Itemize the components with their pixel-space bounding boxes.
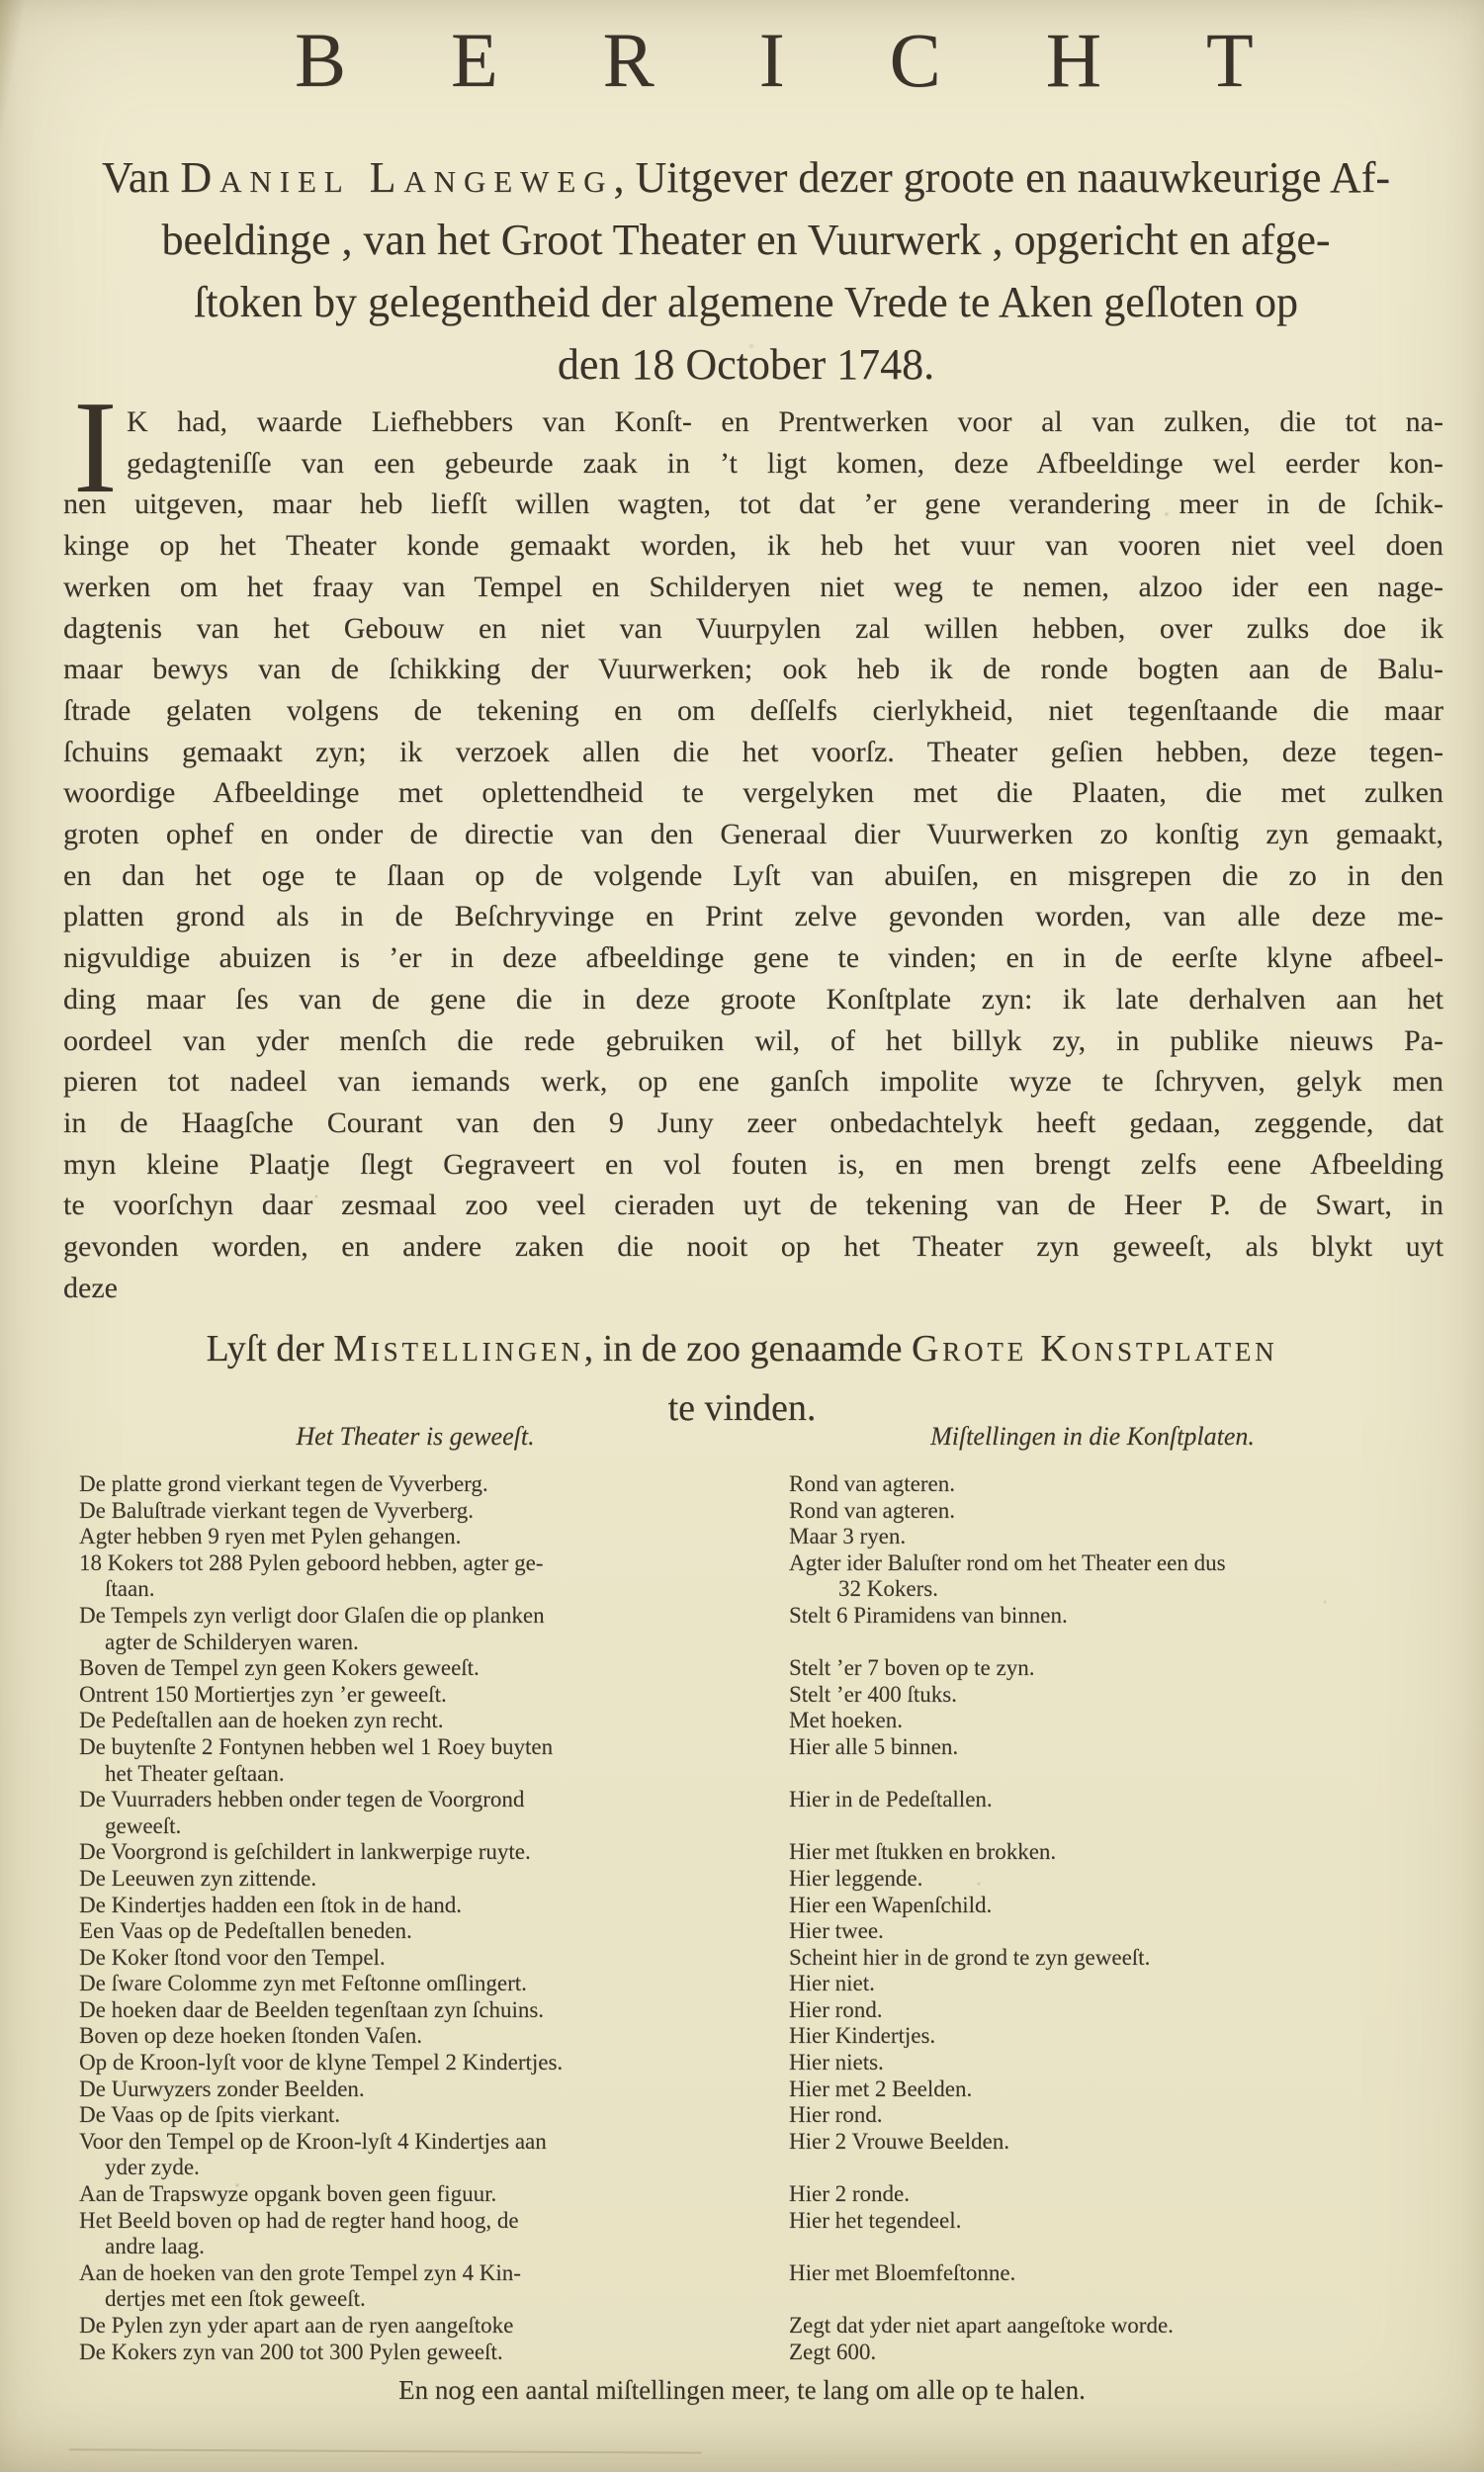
left-cell: De Vuurraders hebben onder tegen de Voor… (79, 1787, 789, 1839)
table-row: De Kindertjes hadden een ſtok in de hand… (79, 1893, 1430, 1919)
left-cell: De ſware Colomme zyn met Feſtonne omſlin… (79, 1971, 789, 1997)
table-row: De buytenſte 2 Fontynen hebben wel 1 Roe… (79, 1734, 1430, 1787)
table-row: Op de Kroon-lyſt voor de klyne Tempel 2 … (79, 2050, 1430, 2076)
list-title-text: Lyſt der (207, 1328, 334, 1369)
left-cell: De hoeken daar de Beelden tegenſtaan zyn… (79, 1997, 789, 2024)
paragraph-line: gevonden worden, en andere zaken die noo… (63, 1226, 1443, 1268)
right-cell: Hier alle 5 binnen. (789, 1734, 1430, 1761)
list-title-line: Lyſt der Mistellingen, in de zoo genaamd… (0, 1319, 1484, 1378)
paragraph-line: nen uitgeven, maar heb liefſt willen wag… (63, 484, 1443, 525)
table-row: Aan de hoeken van den grote Tempel zyn 4… (79, 2260, 1430, 2313)
paragraph-line: oordeel van yder menſch die rede gebruik… (63, 1020, 1443, 1062)
left-cell: Een Vaas op de Pedeſtallen beneden. (79, 1918, 789, 1945)
list-title-keyword: Grote Konstplaten (912, 1328, 1277, 1369)
left-cell: De Pylen zyn yder apart aan de ryen aang… (79, 2313, 789, 2340)
right-cell: Hier 2 ronde. (789, 2181, 1430, 2208)
right-cell: Zegt 600. (789, 2340, 1430, 2366)
table-row: De Uurwyzers zonder Beelden. Hier met 2 … (79, 2076, 1430, 2103)
left-cell: De buytenſte 2 Fontynen hebben wel 1 Roe… (79, 1734, 789, 1787)
right-cell: Hier Kindertjes. (789, 2023, 1430, 2050)
table-row: De Koker ſtond voor den Tempel. Scheint … (79, 1945, 1430, 1972)
right-cell: Zegt dat yder niet apart aangeſtoke word… (789, 2313, 1430, 2340)
publisher-name: Daniel Langeweg (180, 153, 613, 202)
table-row: De Leeuwen zyn zittende. Hier leggende. (79, 1866, 1430, 1893)
right-cell: Scheint hier in de grond te zyn geweeſt. (789, 1945, 1430, 1972)
subtitle-text: Van (102, 153, 180, 202)
table-row: De hoeken daar de Beelden tegenſtaan zyn… (79, 1997, 1430, 2024)
paragraph-line: myn kleine Plaatje ſlegt Gegraveert en v… (63, 1144, 1443, 1186)
list-title-keyword: Mistellingen (333, 1328, 583, 1369)
left-cell: Het Beeld boven op had de regter hand ho… (79, 2208, 789, 2260)
right-cell: Rond van agteren. (789, 1471, 1430, 1498)
subtitle-line: beeldinge , van het Groot Theater en Vuu… (51, 209, 1440, 271)
right-cell: Hier niet. (789, 1971, 1430, 1997)
left-cell: Agter hebben 9 ryen met Pylen gehangen. (79, 1524, 789, 1550)
table-row: De Baluſtrade vierkant tegen de Vyverber… (79, 1498, 1430, 1525)
table-row: Aan de Trapswyze opgank boven geen figuu… (79, 2181, 1430, 2208)
subtitle-line: den 18 October 1748. (51, 333, 1440, 396)
table-row: De Vuurraders hebben onder tegen de Voor… (79, 1787, 1430, 1839)
right-cell: Stelt ’er 7 boven op te zyn. (789, 1655, 1430, 1682)
left-cell: Ontrent 150 Mortiertjes zyn ’er geweeſt. (79, 1682, 789, 1709)
right-cell: Hier 2 Vrouwe Beelden. (789, 2129, 1430, 2156)
left-cell: Aan de hoeken van den grote Tempel zyn 4… (79, 2260, 789, 2313)
table-row: De platte grond vierkant tegen de Vyverb… (79, 1471, 1430, 1498)
left-cell: De Kokers zyn van 200 tot 300 Pylen gewe… (79, 2340, 789, 2366)
subtitle-block: Van Daniel Langeweg, Uitgever dezer groo… (51, 146, 1440, 396)
table-row: Ontrent 150 Mortiertjes zyn ’er geweeſt.… (79, 1682, 1430, 1709)
column-header-right: Miſtellingen in die Konſtplaten. (830, 1422, 1354, 1452)
paragraph-line: nigvuldige abuizen is ’er in deze afbeel… (63, 937, 1443, 979)
paragraph-line: ding maar ſes van de gene die in deze gr… (63, 979, 1443, 1020)
table-row: Een Vaas op de Pedeſtallen beneden. Hier… (79, 1918, 1430, 1945)
table-row: Agter hebben 9 ryen met Pylen gehangen. … (79, 1524, 1430, 1550)
subtitle-line: Van Daniel Langeweg, Uitgever dezer groo… (51, 146, 1440, 209)
subtitle-line: ſtoken by gelegentheid der algemene Vred… (51, 271, 1440, 333)
table-row: 18 Kokers tot 288 Pylen geboord hebben, … (79, 1550, 1430, 1603)
left-cell: De Tempels zyn verligt door Glaſen die o… (79, 1603, 789, 1655)
footer-note: En nog een aantal miſtellingen meer, te … (0, 2375, 1484, 2406)
paragraph-line: groten ophef en onder de directie van de… (63, 814, 1443, 855)
paragraph-line: ſchuins gemaakt zyn; ik verzoek allen di… (63, 732, 1443, 773)
table-row: De Kokers zyn van 200 tot 300 Pylen gewe… (79, 2340, 1430, 2366)
paragraph-line: gedagteniſſe van een gebeurde zaak in ’t… (63, 443, 1443, 485)
paragraph-line: K had, waarde Liefhebbers van Konſt- en … (63, 401, 1443, 443)
table-row: De Pedeſtallen aan de hoeken zyn recht. … (79, 1708, 1430, 1734)
paragraph-line: in de Haagſche Courant van den 9 Juny ze… (63, 1103, 1443, 1144)
right-cell: Hier in de Pedeſtallen. (789, 1787, 1430, 1813)
table-row: Voor den Tempel op de Kroon-lyſt 4 Kinde… (79, 2129, 1430, 2181)
left-cell: Aan de Trapswyze opgank boven geen figuu… (79, 2181, 789, 2208)
right-cell: Hier niets. (789, 2050, 1430, 2076)
right-cell: Hier rond. (789, 1997, 1430, 2024)
left-cell: De Leeuwen zyn zittende. (79, 1866, 789, 1893)
left-cell: De Vaas op de ſpits vierkant. (79, 2102, 789, 2129)
left-cell: Op de Kroon-lyſt voor de klyne Tempel 2 … (79, 2050, 789, 2076)
paragraph-line: pieren tot nadeel van iemands werk, op e… (63, 1061, 1443, 1103)
paragraph-line: deze (63, 1268, 1443, 1309)
paragraph-line: kinge op het Theater konde gemaakt worde… (63, 525, 1443, 567)
right-cell: Agter ider Baluſter rond om het Theater … (789, 1550, 1430, 1603)
table-row: De Voorgrond is geſchildert in lankwerpi… (79, 1839, 1430, 1866)
left-cell: De Kindertjes hadden een ſtok in de hand… (79, 1893, 789, 1919)
right-cell: Hier rond. (789, 2102, 1430, 2129)
list-title: Lyſt der Mistellingen, in de zoo genaamd… (0, 1319, 1484, 1438)
paragraph-line: platten grond als in de Beſchryvinge en … (63, 896, 1443, 937)
right-cell: Hier een Wapenſchild. (789, 1893, 1430, 1919)
right-cell: Hier het tegendeel. (789, 2208, 1430, 2235)
right-cell: Hier met Bloemfeſtonne. (789, 2260, 1430, 2287)
right-cell: Hier met ſtukken en brokken. (789, 1839, 1430, 1866)
table-row: Boven op deze hoeken ſtonden Vaſen. Hier… (79, 2023, 1430, 2050)
paragraph-line: dagtenis van het Gebouw en niet van Vuur… (63, 608, 1443, 650)
paragraph-line: werken om het fraay van Tempel en Schild… (63, 567, 1443, 608)
left-cell: De platte grond vierkant tegen de Vyverb… (79, 1471, 789, 1498)
list-title-text: , in de zoo genaamde (584, 1328, 912, 1369)
left-cell: Voor den Tempel op de Kroon-lyſt 4 Kinde… (79, 2129, 789, 2181)
table-row: De ſware Colomme zyn met Feſtonne omſlin… (79, 1971, 1430, 1997)
right-cell: Rond van agteren. (789, 1498, 1430, 1525)
left-cell: De Pedeſtallen aan de hoeken zyn recht. (79, 1708, 789, 1734)
table-row: De Pylen zyn yder apart aan de ryen aang… (79, 2313, 1430, 2340)
left-cell: De Baluſtrade vierkant tegen de Vyverber… (79, 1498, 789, 1525)
paragraph-line: ſtrade gelaten volgens de tekening en om… (63, 690, 1443, 732)
table-row: De Vaas op de ſpits vierkant. Hier rond. (79, 2102, 1430, 2129)
right-cell: Hier leggende. (789, 1866, 1430, 1893)
body-paragraph: I K had, waarde Liefhebbers van Konſt- e… (63, 401, 1443, 1308)
left-cell: De Uurwyzers zonder Beelden. (79, 2076, 789, 2103)
left-cell: 18 Kokers tot 288 Pylen geboord hebben, … (79, 1550, 789, 1603)
right-cell: Stelt 6 Piramidens van binnen. (789, 1603, 1430, 1630)
left-cell: De Koker ſtond voor den Tempel. (79, 1945, 789, 1972)
mistakes-table: De platte grond vierkant tegen de Vyverb… (79, 1471, 1430, 2365)
paper-edge-line (69, 2448, 702, 2453)
document-title: BERICHT (295, 16, 1358, 105)
column-header-left: Het Theater is geweeſt. (148, 1422, 682, 1452)
table-row: De Tempels zyn verligt door Glaſen die o… (79, 1603, 1430, 1655)
drop-cap: I (73, 401, 118, 492)
right-cell: Hier twee. (789, 1918, 1430, 1945)
right-cell: Maar 3 ryen. (789, 1524, 1430, 1550)
paragraph-line: en dan het oge te ſlaan op de volgende L… (63, 855, 1443, 897)
left-cell: De Voorgrond is geſchildert in lankwerpi… (79, 1839, 789, 1866)
table-row: Het Beeld boven op had de regter hand ho… (79, 2208, 1430, 2260)
subtitle-text: , Uitgever dezer groote en naauwkeurige … (614, 153, 1391, 202)
table-row: Boven de Tempel zyn geen Kokers geweeſt.… (79, 1655, 1430, 1682)
left-cell: Boven de Tempel zyn geen Kokers geweeſt. (79, 1655, 789, 1682)
right-cell: Hier met 2 Beelden. (789, 2076, 1430, 2103)
paragraph-line: te voorſchyn daar zesmaal zoo veel ciera… (63, 1185, 1443, 1226)
paragraph-line: woordige Afbeeldinge met oplettendheid t… (63, 772, 1443, 814)
right-cell: Stelt ’er 400 ſtuks. (789, 1682, 1430, 1709)
paragraph-line: maar bewys van de ſchikking der Vuurwerk… (63, 649, 1443, 690)
right-cell: Met hoeken. (789, 1708, 1430, 1734)
left-cell: Boven op deze hoeken ſtonden Vaſen. (79, 2023, 789, 2050)
